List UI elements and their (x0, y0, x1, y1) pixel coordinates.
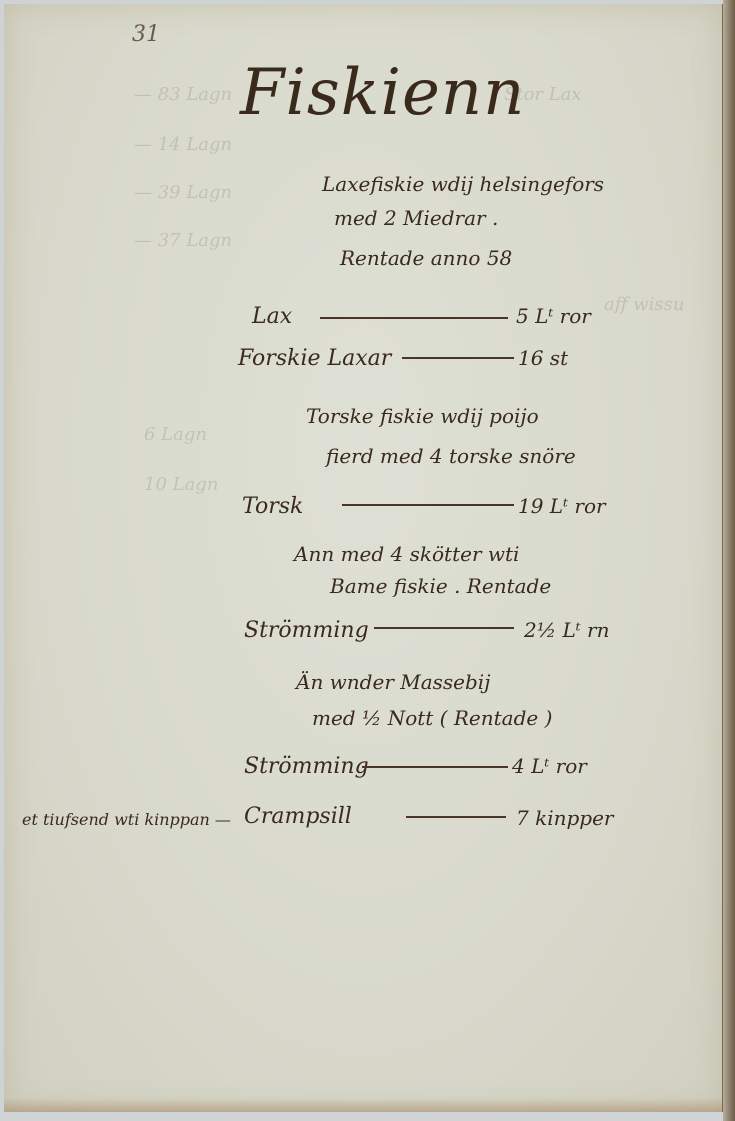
bleed-through-text: — 39 Lagn (134, 182, 232, 203)
entry-label: Crampsill (244, 804, 352, 829)
section-heading-line: Ann med 4 skötter wti (294, 542, 519, 566)
bleed-through-text: aff wissu (604, 294, 684, 315)
leader-line (402, 357, 514, 359)
margin-note: et tiufsend wti kinppan — (22, 810, 231, 829)
page-title: Fiskienn (240, 56, 525, 130)
section-heading-line: Torske fiskie wdij poijo (306, 404, 539, 428)
section-heading-line: Än wnder Massebij (296, 670, 490, 694)
section-heading-line: Laxefiskie wdij helsingefors (322, 172, 604, 196)
bleed-through-text: — 83 Lagn (134, 84, 232, 105)
section-heading-line: Bame fiskie . Rentade (330, 574, 551, 598)
entry-value: 19 Lᵗ ror (518, 494, 606, 518)
section-heading-line: med 2 Miedrar . (334, 206, 498, 230)
entry-label: Strömming (244, 618, 369, 643)
section-heading-line: Rentade anno 58 (340, 246, 512, 270)
folio-number: 31 (132, 22, 160, 47)
entry-value: 4 Lᵗ ror (512, 754, 587, 778)
entry-value: 7 kinpper (516, 806, 613, 830)
section-heading-line: fierd med 4 torske snöre (326, 444, 576, 468)
leader-line (320, 317, 508, 319)
book-spine-edge (723, 0, 735, 1121)
entry-label: Forskie Laxar (238, 346, 391, 371)
bleed-through-text: 10 Lagn (144, 474, 218, 495)
bleed-through-text: 6 Lagn (144, 424, 207, 445)
leader-line (374, 627, 514, 629)
leader-line (362, 766, 508, 768)
leader-line (342, 504, 514, 506)
entry-value: 5 Lᵗ ror (516, 304, 591, 328)
leader-line (406, 816, 506, 818)
section-heading-line: med ½ Nott ( Rentade ) (312, 706, 552, 730)
manuscript-page: — 83 Lagn — 14 Lagn — 39 Lagn — 37 Lagn … (4, 4, 725, 1112)
entry-label: Torsk (242, 494, 303, 519)
entry-value: 16 st (518, 346, 568, 370)
entry-label: Strömming (244, 754, 369, 779)
bleed-through-text: — 37 Lagn (134, 230, 232, 251)
entry-value: 2½ Lᵗ rn (524, 618, 609, 642)
entry-label: Lax (252, 304, 292, 329)
bleed-through-text: — 14 Lagn (134, 134, 232, 155)
